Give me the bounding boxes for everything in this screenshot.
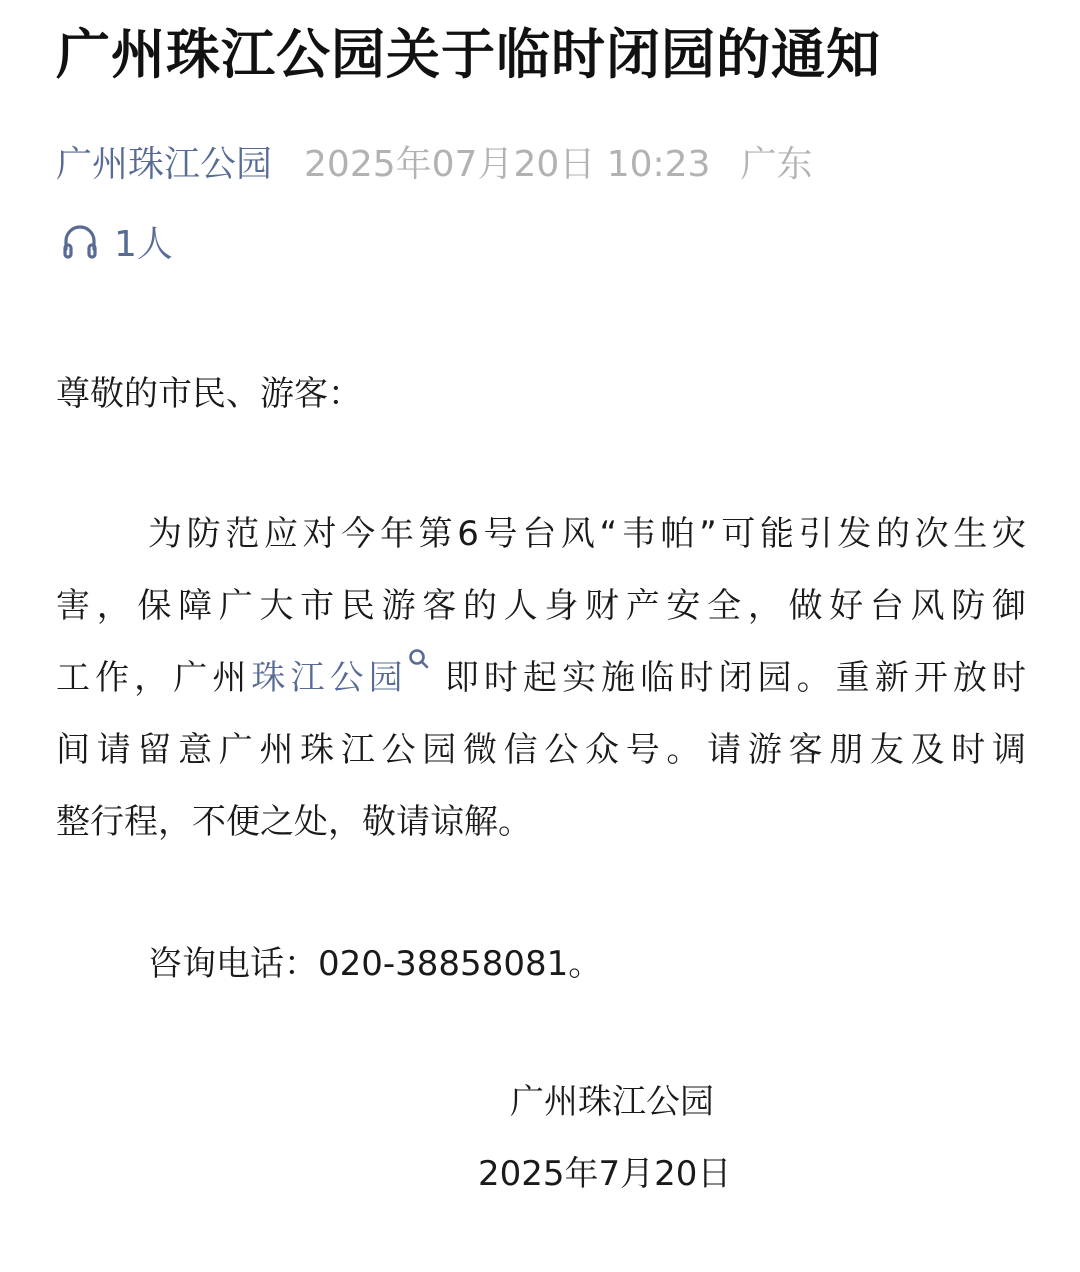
headphones-icon [60, 221, 100, 261]
paragraph-line: 害，保障广大市民游客的人身财产安全，做好台风防御 [56, 570, 1026, 642]
paragraph-line: 整行程，不便之处，敬请谅解。 [56, 786, 1026, 858]
notice-paragraph: 为防范应对今年第6号台风“韦帕”可能引发的次生灾 害，保障广大市民游客的人身财产… [56, 498, 1026, 858]
paragraph-text: 即时起实施临时闭园。重新开放时 [440, 658, 1026, 698]
article-meta: 广州珠江公园 2025年07月20日 10:23 广东 [56, 138, 812, 184]
author-link[interactable]: 广州珠江公园 [56, 136, 272, 187]
paragraph-line: 工作，广州珠江公园即时起实施临时闭园。重新开放时 [56, 642, 1026, 714]
park-search-link[interactable]: 珠江公园 [251, 658, 407, 698]
search-icon[interactable] [408, 648, 430, 678]
article-title: 广州珠江公园关于临时闭园的通知 [56, 22, 881, 88]
signature-date: 2025年7月20日 [478, 1138, 731, 1210]
paragraph-line: 为防范应对今年第6号台风“韦帕”可能引发的次生灾 [56, 498, 1026, 570]
listen-count: 1人 [114, 216, 173, 267]
listen-button[interactable]: 1人 [60, 218, 173, 264]
publish-location: 广东 [740, 136, 812, 187]
signature-org: 广州珠江公园 [510, 1066, 714, 1138]
publish-datetime: 2025年07月20日 10:23 [304, 136, 710, 187]
contact-phone: 咨询电话：020-38858081。 [148, 928, 602, 1000]
greeting: 尊敬的市民、游客： [56, 358, 362, 430]
paragraph-line: 间请留意广州珠江公园微信公众号。请游客朋友及时调 [56, 714, 1026, 786]
paragraph-text: 工作，广州 [56, 658, 251, 698]
